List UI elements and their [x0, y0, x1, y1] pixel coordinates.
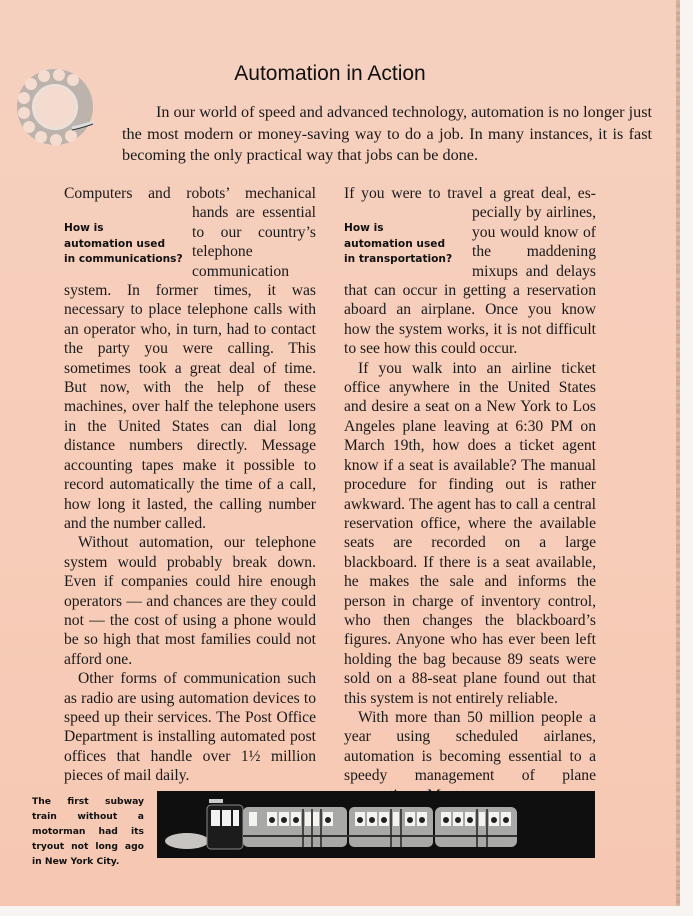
sidehead-line: automation used [64, 237, 186, 253]
right-first-line: If you were to travel a great deal, es- [344, 184, 596, 203]
photo-caption: The first subway train without a motorma… [32, 794, 144, 869]
sidehead-line: in communications? [64, 252, 186, 268]
sidehead-line: How is [64, 221, 186, 237]
paragraph: Without automation, our telephone system… [64, 533, 316, 669]
scan-margin-right [680, 0, 693, 916]
sidehead-line: automation used [344, 237, 466, 253]
intro-paragraph: In our world of speed and advanced techn… [122, 102, 652, 167]
left-first-line: Computers and robots’ mechanical [64, 184, 316, 203]
paragraph: If you walk into an airline ticket offic… [344, 359, 596, 708]
scan-margin-bottom [0, 906, 693, 916]
paragraph: Other forms of communication such as rad… [64, 669, 316, 785]
page-title: Automation in Action [0, 62, 660, 86]
sidehead-transportation: How is automation used in transportation… [344, 221, 466, 268]
sidehead-communications: How is automation used in communications… [64, 221, 186, 268]
left-column: Computers and robots’ mechanical How is … [64, 184, 316, 786]
right-column: If you were to travel a great deal, es- … [344, 184, 596, 805]
sidehead-line: in transportation? [344, 252, 466, 268]
sidehead-line: How is [344, 221, 466, 237]
subway-train-photo [157, 791, 595, 858]
